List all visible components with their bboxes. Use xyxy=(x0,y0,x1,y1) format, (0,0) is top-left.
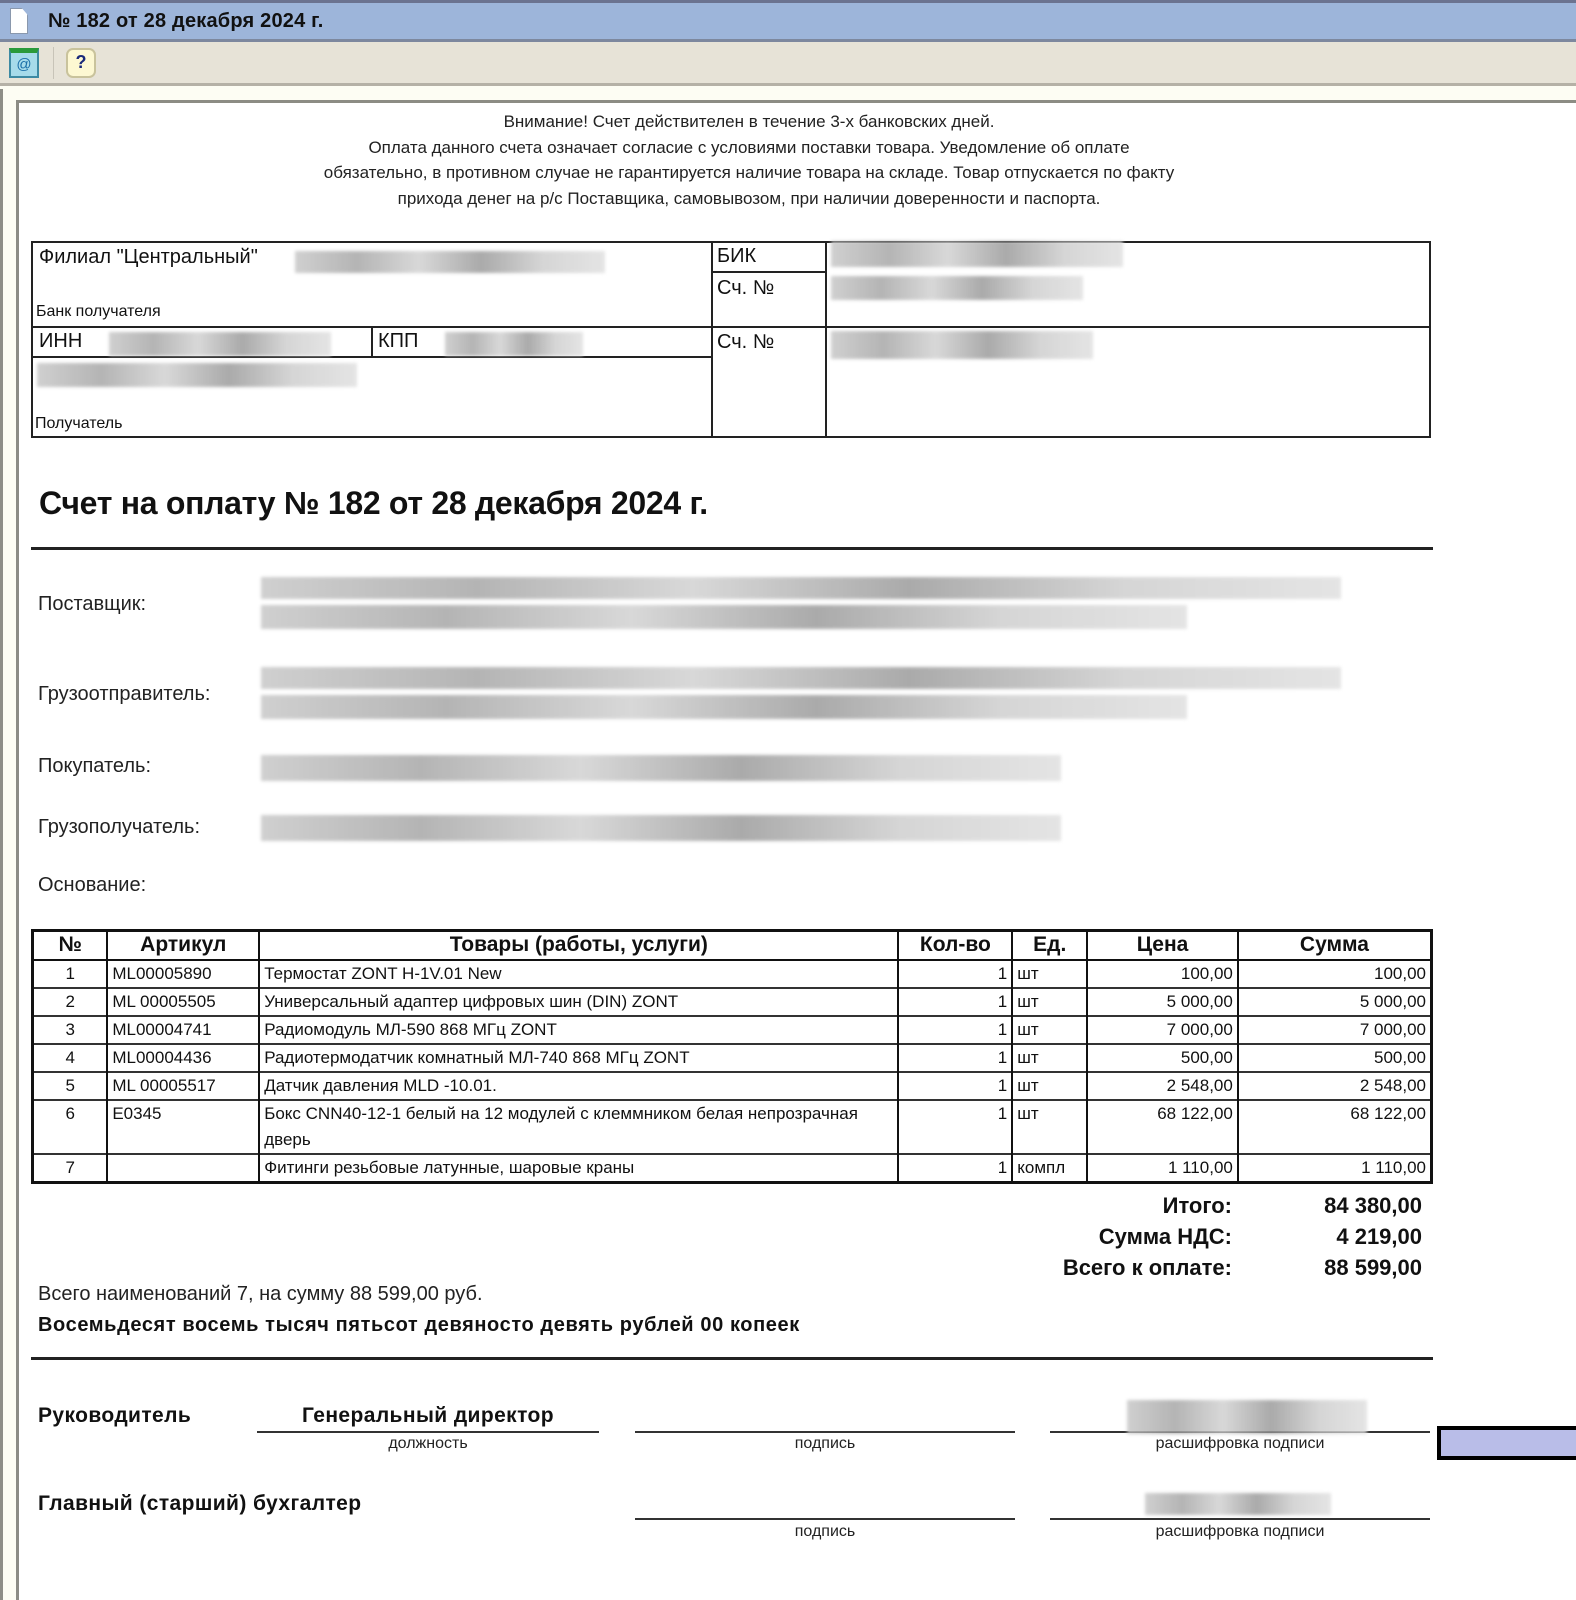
divider xyxy=(371,326,373,356)
row-number: 2 xyxy=(33,988,108,1016)
redacted-recipient xyxy=(37,363,357,387)
redacted-shipper-line-1 xyxy=(261,667,1341,689)
bank-caption: Банк получателя xyxy=(36,303,161,321)
header-sku: Артикул xyxy=(107,931,259,960)
redacted-account xyxy=(831,331,1093,359)
row-price: 1 110,00 xyxy=(1087,1154,1238,1183)
row-number: 3 xyxy=(33,1016,108,1044)
window-title-bar: № 182 от 28 декабря 2024 г. xyxy=(0,0,1576,42)
row-sum: 1 110,00 xyxy=(1238,1154,1432,1183)
header-goods: Товары (работы, услуги) xyxy=(259,931,898,960)
row-qty: 1 xyxy=(898,1044,1012,1072)
accountant-role-label: Главный (старший) бухгалтер xyxy=(38,1492,361,1516)
redacted-shipper-line-2 xyxy=(261,695,1187,719)
position-line xyxy=(257,1431,599,1433)
redacted-inn xyxy=(109,332,331,356)
row-unit: шт xyxy=(1012,1016,1087,1044)
row-sku: ML00004741 xyxy=(107,1016,259,1044)
row-sum: 500,00 xyxy=(1238,1044,1432,1072)
items-header-row: № Артикул Товары (работы, услуги) Кол-во… xyxy=(33,931,1432,960)
amount-in-words: Восемьдесят восемь тысяч пятьсот девянос… xyxy=(38,1314,800,1337)
table-row: 4ML00004436Радиотермодатчик комнатный МЛ… xyxy=(33,1044,1432,1072)
stamp-placeholder[interactable] xyxy=(1437,1426,1576,1460)
table-row: 7Фитинги резьбовые латунные, шаровые кра… xyxy=(33,1154,1432,1183)
shipper-label: Грузоотправитель: xyxy=(38,683,210,706)
header-price: Цена xyxy=(1087,931,1238,960)
row-number: 1 xyxy=(33,960,108,988)
redacted-supplier-line-1 xyxy=(261,577,1341,599)
row-unit: шт xyxy=(1012,1044,1087,1072)
redacted-buyer xyxy=(261,755,1061,781)
row-sum: 68 122,00 xyxy=(1238,1100,1432,1154)
bank-details-table: Филиал "Центральный" Банк получателя ИНН… xyxy=(31,241,1431,438)
row-sum: 7 000,00 xyxy=(1238,1016,1432,1044)
header-number: № xyxy=(33,931,108,960)
total-label: Всего к оплате: xyxy=(952,1252,1232,1283)
table-row: 1ML00005890Термостат ZONT H-1V.01 New1шт… xyxy=(33,960,1432,988)
notice-line-3: обязательно, в противном случае не гаран… xyxy=(229,160,1269,186)
row-qty: 1 xyxy=(898,1072,1012,1100)
consignee-label: Грузополучатель: xyxy=(38,816,200,839)
row-goods: Фитинги резьбовые латунные, шаровые кран… xyxy=(259,1154,898,1183)
summary-rule xyxy=(31,1357,1433,1360)
inn-label: ИНН xyxy=(39,330,82,353)
accountant-decode-caption: расшифровка подписи xyxy=(1050,1523,1430,1541)
divider xyxy=(711,271,825,273)
toolbar: @ ? xyxy=(0,42,1576,86)
notice-line-1: Внимание! Счет действителен в течение 3-… xyxy=(229,109,1269,135)
row-sku: ML00005890 xyxy=(107,960,259,988)
basis-label: Основание: xyxy=(38,874,146,897)
table-row: 2ML 00005505Универсальный адаптер цифров… xyxy=(33,988,1432,1016)
row-unit: шт xyxy=(1012,988,1087,1016)
invoice-page[interactable]: Внимание! Счет действителен в течение 3-… xyxy=(16,100,1576,1600)
redacted-kpp xyxy=(445,332,583,356)
divider xyxy=(825,326,1429,328)
header-sum: Сумма xyxy=(1238,931,1432,960)
row-sku xyxy=(107,1154,259,1183)
row-unit: шт xyxy=(1012,960,1087,988)
row-sum: 100,00 xyxy=(1238,960,1432,988)
redacted-supplier-line-2 xyxy=(261,605,1187,629)
supplier-label: Поставщик: xyxy=(38,593,146,616)
row-goods: Термостат ZONT H-1V.01 New xyxy=(259,960,898,988)
row-number: 5 xyxy=(33,1072,108,1100)
corr-account-label: Сч. № xyxy=(717,277,774,300)
head-position: Генеральный директор xyxy=(257,1404,599,1428)
accountant-signature-line[interactable] xyxy=(635,1518,1015,1520)
accountant-signature-caption: подпись xyxy=(635,1523,1015,1541)
row-price: 100,00 xyxy=(1087,960,1238,988)
invoice-title: Счет на оплату № 182 от 28 декабря 2024 … xyxy=(39,485,708,522)
redacted-corr-account xyxy=(831,276,1083,300)
divider xyxy=(825,243,827,436)
bank-name: Филиал "Центральный" xyxy=(39,246,258,269)
recipient-caption: Получатель xyxy=(35,415,122,433)
row-sum: 5 000,00 xyxy=(1238,988,1432,1016)
table-row: 3ML00004741Радиомодуль МЛ-590 868 МГц ZO… xyxy=(33,1016,1432,1044)
redacted-head-name xyxy=(1127,1400,1367,1434)
row-price: 2 548,00 xyxy=(1087,1072,1238,1100)
row-qty: 1 xyxy=(898,960,1012,988)
row-sku: ML 00005505 xyxy=(107,988,259,1016)
notice-line-2: Оплата данного счета означает согласие с… xyxy=(229,135,1269,161)
row-goods: Радиомодуль МЛ-590 868 МГц ZONT xyxy=(259,1016,898,1044)
subtotal-value: 84 380,00 xyxy=(1232,1190,1422,1221)
toolbar-separator xyxy=(53,47,54,79)
account-label: Сч. № xyxy=(717,331,774,354)
head-signature-line[interactable] xyxy=(635,1431,1015,1433)
row-goods: Универсальный адаптер цифровых шин (DIN)… xyxy=(259,988,898,1016)
buyer-label: Покупатель: xyxy=(38,755,151,778)
subtotal-label: Итого: xyxy=(952,1190,1232,1221)
row-qty: 1 xyxy=(898,1016,1012,1044)
redacted-consignee xyxy=(261,815,1061,841)
row-goods: Радиотермодатчик комнатный МЛ-740 868 МГ… xyxy=(259,1044,898,1072)
row-qty: 1 xyxy=(898,1154,1012,1183)
row-number: 6 xyxy=(33,1100,108,1154)
total-value: 88 599,00 xyxy=(1232,1252,1422,1283)
divider xyxy=(33,356,711,358)
header-unit: Ед. xyxy=(1012,931,1087,960)
row-unit: компл xyxy=(1012,1154,1087,1183)
table-row: 5ML 00005517Датчик давления MLD -10.01.1… xyxy=(33,1072,1432,1100)
items-table: № Артикул Товары (работы, услуги) Кол-во… xyxy=(31,929,1433,1184)
row-number: 4 xyxy=(33,1044,108,1072)
head-decode-caption: расшифровка подписи xyxy=(1050,1435,1430,1453)
position-caption: должность xyxy=(257,1435,599,1453)
row-price: 5 000,00 xyxy=(1087,988,1238,1016)
row-qty: 1 xyxy=(898,1100,1012,1154)
row-sum: 2 548,00 xyxy=(1238,1072,1432,1100)
accountant-decode-line xyxy=(1050,1518,1430,1520)
document-icon xyxy=(10,8,28,34)
help-icon[interactable]: ? xyxy=(66,48,96,78)
row-sku: ML 00005517 xyxy=(107,1072,259,1100)
row-sku: E0345 xyxy=(107,1100,259,1154)
row-unit: шт xyxy=(1012,1100,1087,1154)
kpp-label: КПП xyxy=(378,330,418,353)
redacted-accountant-name xyxy=(1145,1493,1331,1515)
vat-label: Сумма НДС: xyxy=(952,1221,1232,1252)
redacted-bik xyxy=(831,241,1123,267)
email-icon[interactable]: @ xyxy=(9,48,39,78)
items-summary: Всего наименований 7, на сумму 88 599,00… xyxy=(38,1283,483,1306)
notice-line-4: прихода денег на р/с Поставщика, самовыв… xyxy=(229,186,1269,212)
row-qty: 1 xyxy=(898,988,1012,1016)
divider xyxy=(33,326,825,328)
head-role-label: Руководитель xyxy=(38,1404,191,1428)
header-qty: Кол-во xyxy=(898,931,1012,960)
totals-block: Итого:84 380,00 Сумма НДС:4 219,00 Всего… xyxy=(952,1190,1422,1283)
row-unit: шт xyxy=(1012,1072,1087,1100)
window-title: № 182 от 28 декабря 2024 г. xyxy=(48,10,323,33)
row-sku: ML00004436 xyxy=(107,1044,259,1072)
row-number: 7 xyxy=(33,1154,108,1183)
row-price: 7 000,00 xyxy=(1087,1016,1238,1044)
table-row: 6E0345Бокс CNN40-12-1 белый на 12 модуле… xyxy=(33,1100,1432,1154)
notice-block: Внимание! Счет действителен в течение 3-… xyxy=(229,109,1269,211)
head-signature-caption: подпись xyxy=(635,1435,1015,1453)
row-goods: Бокс CNN40-12-1 белый на 12 модулей с кл… xyxy=(259,1100,898,1154)
title-rule xyxy=(31,547,1433,550)
bik-label: БИК xyxy=(717,245,756,268)
row-price: 68 122,00 xyxy=(1087,1100,1238,1154)
vat-value: 4 219,00 xyxy=(1232,1221,1422,1252)
row-goods: Датчик давления MLD -10.01. xyxy=(259,1072,898,1100)
row-price: 500,00 xyxy=(1087,1044,1238,1072)
redacted-bank-name xyxy=(295,251,605,273)
